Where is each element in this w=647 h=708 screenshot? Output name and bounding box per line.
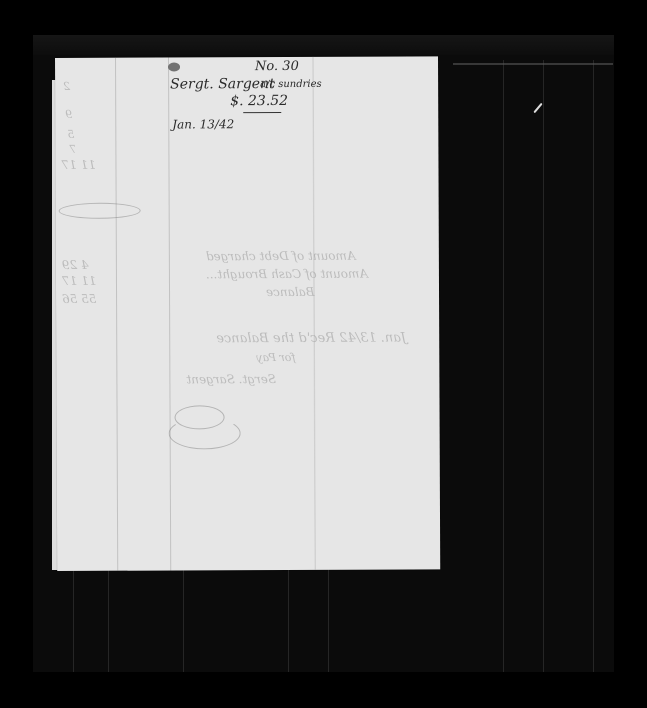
bleed-through-figure: 11 17 — [61, 158, 95, 172]
bleed-through-figure: 11 17 — [62, 274, 96, 288]
bleed-through-line: Sergt. Sargent — [186, 372, 276, 386]
bleed-through-line: Balance — [266, 285, 315, 299]
bleed-through-figure: 55 56 — [62, 292, 96, 306]
column-rule — [115, 58, 118, 571]
column-rule — [168, 58, 171, 571]
bleed-through-flourish — [59, 203, 141, 219]
bleed-through-figure: 7 — [69, 143, 76, 156]
bleed-through-figure: 9 — [65, 108, 72, 121]
docket-number: No. 30 — [255, 59, 299, 74]
bleed-through-figure: 4 29 — [62, 258, 89, 272]
bleed-through-flourish — [169, 417, 241, 449]
background-crease — [503, 60, 504, 672]
document-page: No. 30 Sergt. Sargent a/c sundries $. 23… — [55, 56, 440, 571]
docket-name-suffix: a/c sundries — [260, 79, 322, 90]
docket-amount: $. 23.52 — [230, 93, 288, 109]
background-crease — [593, 60, 594, 672]
docket-name: Sergt. Sargent — [170, 76, 275, 92]
docket-date: Jan. 13/42 — [172, 117, 234, 131]
paper-edge-ridge — [453, 63, 613, 65]
bleed-through-line: Jan. 13/42 Rec'd the Balance — [216, 330, 406, 346]
bleed-through-line: Amount of Debt charged — [206, 249, 356, 264]
amount-underline — [243, 112, 281, 113]
scanner-top-strip — [33, 35, 614, 55]
background-crease — [543, 60, 544, 672]
ink-blot — [168, 62, 180, 71]
fold-crease — [312, 57, 316, 570]
bleed-through-line: Amount of Cash Brought... — [206, 267, 368, 282]
bleed-through-line: for Pay — [256, 351, 295, 364]
bleed-through-figure: 5 — [67, 128, 74, 141]
bleed-through-figure: 2 — [63, 80, 70, 93]
